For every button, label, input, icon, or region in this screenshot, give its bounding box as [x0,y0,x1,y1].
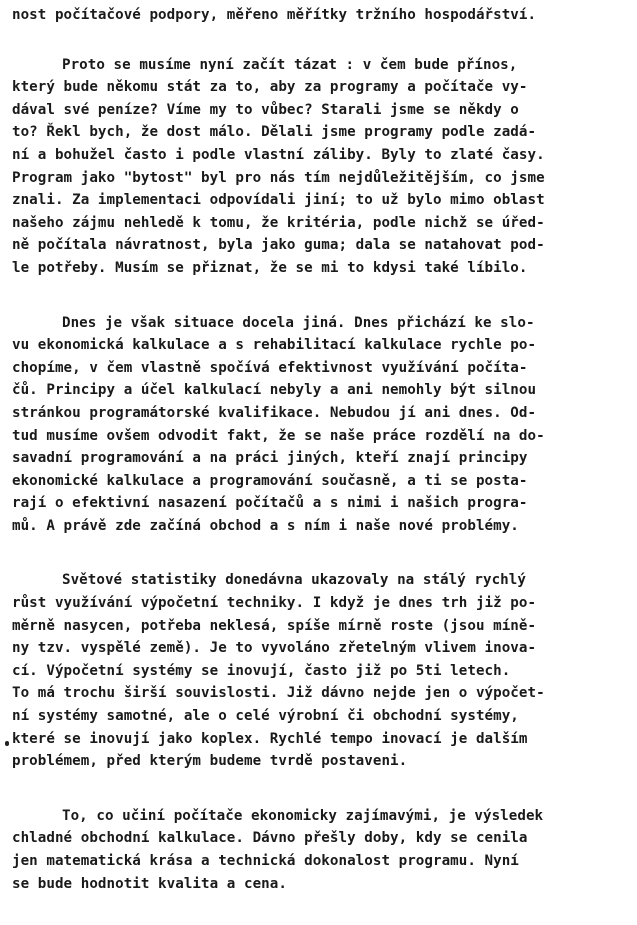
text-line: ně počítala návratnost, byla jako guma; … [12,234,627,257]
text-line: rají o efektivní nasazení počítačů a s n… [12,492,627,515]
text-line: růst využívání výpočetní techniky. I kdy… [12,592,627,615]
text-line: tud musíme ovšem odvodit fakt, že se naš… [12,425,627,448]
text-line: stránkou programátorské kvalifikace. Neb… [12,402,627,425]
typewritten-page: nost počítačové podpory, měřeno měřítky … [12,4,627,895]
text-line: které se inovují jako koplex. Rychlé tem… [12,728,627,751]
text-line: cí. Výpočetní systémy se inovují, často … [12,660,627,683]
text-line: měrně nasycen, potřeba neklesá, spíše mí… [12,615,627,638]
text-line: ny tzv. vyspělé země). Je to vyvoláno zř… [12,637,627,660]
text-line: chopíme, v čem vlastně spočívá efektivno… [12,357,627,380]
paragraph-2: Proto se musíme nyní začít tázat : v čem… [12,54,627,280]
text-line: savadní programování a na práci jiných, … [12,447,627,470]
text-line: čů. Principy a účel kalkulací nebyly a a… [12,379,627,402]
text-line: dával své peníze? Víme my to vůbec? Star… [12,99,627,122]
text-line: mů. A právě zde začíná obchod a s ním i … [12,515,627,538]
paragraph-3: Dnes je však situace docela jiná. Dnes p… [12,312,627,538]
paragraph-5: To, co učiní počítače ekonomicky zajímav… [12,805,627,895]
text-line: ní a bohužel často i podle vlastní zálib… [12,144,627,167]
text-line: Dnes je však situace docela jiná. Dnes p… [12,312,627,335]
text-line: nost počítačové podpory, měřeno měřítky … [12,4,627,27]
text-line: znali. Za implementaci odpovídali jiní; … [12,189,627,212]
text-line: To má trochu širší souvislosti. Již dávn… [12,682,627,705]
text-line: se bude hodnotit kvalita a cena. [12,873,627,896]
ink-speck [5,741,9,746]
text-line: to? Řekl bych, že dost málo. Dělali jsme… [12,121,627,144]
text-line: který bude někomu stát za to, aby za pro… [12,76,627,99]
text-line: jen matematická krása a technická dokona… [12,850,627,873]
paragraph-4: Světové statistiky donedávna ukazovaly n… [12,569,627,772]
text-line: le potřeby. Musím se přiznat, že se mi t… [12,257,627,280]
text-line: chladné obchodní kalkulace. Dávno přešly… [12,827,627,850]
text-line: Proto se musíme nyní začít tázat : v čem… [12,54,627,77]
text-line: ekonomické kalkulace a programování souč… [12,470,627,493]
paragraph-1: nost počítačové podpory, měřeno měřítky … [12,4,627,27]
text-line: ní systémy samotné, ale o celé výrobní č… [12,705,627,728]
text-line: problémem, před kterým budeme tvrdě post… [12,750,627,773]
text-line: Světové statistiky donedávna ukazovaly n… [12,569,627,592]
text-line: To, co učiní počítače ekonomicky zajímav… [12,805,627,828]
text-line: Program jako "bytost" byl pro nás tím ne… [12,167,627,190]
text-line: vu ekonomická kalkulace a s rehabilitací… [12,334,627,357]
text-line: našeho zájmu nehledě k tomu, že kritéria… [12,212,627,235]
